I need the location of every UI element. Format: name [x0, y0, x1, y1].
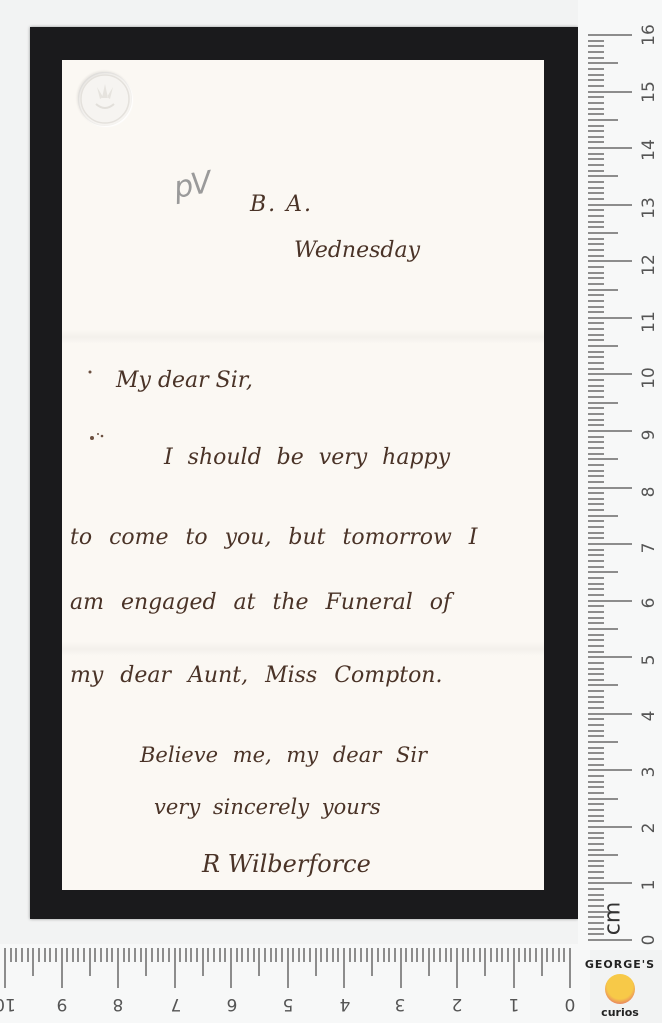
- ruler-tick: [588, 300, 604, 302]
- ruler-tick: [588, 481, 604, 483]
- ruler-tick: [588, 289, 618, 291]
- ruler-number: 16: [639, 20, 659, 50]
- ruler-unit-label: cm: [600, 902, 625, 936]
- ruler-tick: [558, 948, 560, 962]
- ruler-tick: [588, 192, 604, 194]
- ruler-tick: [588, 786, 604, 788]
- ruler-tick: [179, 948, 181, 962]
- ruler-tick: [529, 948, 531, 962]
- letter-body-line: I should be very happy: [164, 445, 450, 470]
- ruler-number: 4: [330, 994, 360, 1014]
- ruler-tick: [588, 577, 604, 579]
- ruler-tick: [588, 583, 604, 585]
- ruler-tick: [588, 634, 604, 636]
- ruler-tick: [258, 948, 260, 976]
- ruler-tick: [588, 566, 604, 568]
- ruler-tick: [202, 948, 204, 976]
- ruler-tick: [588, 713, 632, 715]
- ruler-tick: [106, 948, 108, 962]
- ruler-number: 1: [499, 994, 529, 1014]
- ruler-tick: [349, 948, 351, 962]
- ruler-tick: [588, 718, 604, 720]
- ruler-tick: [588, 509, 604, 511]
- ruler-tick: [588, 854, 618, 856]
- ruler-tick: [588, 662, 604, 664]
- ruler-tick: [588, 803, 604, 805]
- ruler-tick: [588, 153, 604, 155]
- ruler-tick: [433, 948, 435, 962]
- ruler-tick: [588, 735, 604, 737]
- ruler-tick: [513, 948, 515, 988]
- ruler-tick: [298, 948, 300, 962]
- ruler-tick: [588, 832, 604, 834]
- ruler-tick: [588, 130, 604, 132]
- ruler-tick: [588, 877, 604, 879]
- ruler-tick: [151, 948, 153, 962]
- ruler-tick: [588, 40, 604, 42]
- ruler-tick: [588, 187, 604, 189]
- ruler-tick: [588, 464, 604, 466]
- fold-crease: [62, 642, 544, 656]
- ruler-tick: [168, 948, 170, 962]
- ruler-tick: [264, 948, 266, 962]
- ruler-tick: [400, 948, 402, 988]
- ruler-tick: [546, 948, 548, 962]
- watermark-bottom-text: curios: [583, 1006, 657, 1019]
- ruler-number: 6: [639, 588, 659, 618]
- ruler-tick: [588, 175, 618, 177]
- letter-body-line: my dear Aunt, Miss Compton.: [70, 663, 442, 688]
- ruler-tick: [383, 948, 385, 962]
- ruler-tick: [275, 948, 277, 962]
- ruler-tick: [588, 549, 604, 551]
- ruler-tick: [588, 679, 604, 681]
- ruler-tick: [236, 948, 238, 962]
- ruler-number: 10: [0, 994, 20, 1014]
- ruler-tick: [588, 283, 604, 285]
- ruler-tick: [117, 948, 119, 988]
- ruler-tick: [501, 948, 503, 962]
- ruler-tick: [405, 948, 407, 962]
- ruler-number: 11: [639, 307, 659, 337]
- ruler-tick: [588, 339, 604, 341]
- ruler-tick: [588, 673, 604, 675]
- ruler-number: 10: [639, 363, 659, 393]
- ruler-tick: [588, 520, 604, 522]
- ruler-tick: [343, 948, 345, 988]
- ruler-tick: [588, 747, 604, 749]
- ruler-tick: [588, 820, 604, 822]
- ruler-tick: [588, 356, 604, 358]
- ruler-tick: [467, 948, 469, 962]
- ruler-number: 6: [217, 994, 247, 1014]
- ruler-tick: [32, 948, 34, 976]
- ruler-tick: [588, 379, 604, 381]
- ruler-tick: [588, 684, 618, 686]
- ruler-tick: [270, 948, 272, 962]
- ruler-number: 0: [555, 994, 585, 1014]
- ruler-number: 7: [161, 994, 191, 1014]
- ruler-tick: [320, 948, 322, 962]
- ruler-number: 3: [385, 994, 415, 1014]
- ruler-tick: [588, 532, 604, 534]
- ruler-tick: [496, 948, 498, 962]
- ruler-tick: [588, 204, 632, 206]
- ruler-tick: [588, 758, 604, 760]
- ruler-tick: [337, 948, 339, 962]
- ruler-number: 9: [639, 420, 659, 450]
- ruler-tick: [588, 141, 604, 143]
- ruler-tick: [416, 948, 418, 962]
- ruler-tick: [588, 741, 618, 743]
- ruler-tick: [588, 865, 604, 867]
- ruler-tick: [162, 948, 164, 962]
- ruler-tick: [588, 385, 604, 387]
- ruler-number: 8: [639, 477, 659, 507]
- ruler-number: 9: [47, 994, 77, 1014]
- ruler-tick: [588, 503, 604, 505]
- ruler-tick: [588, 158, 604, 160]
- ruler-tick: [569, 948, 571, 988]
- ruler-tick: [588, 707, 604, 709]
- ruler-tick: [484, 948, 486, 976]
- ruler-tick: [224, 948, 226, 962]
- ruler-tick: [66, 948, 68, 962]
- ruler-tick: [588, 436, 604, 438]
- ruler-tick: [196, 948, 198, 962]
- ruler-tick: [588, 594, 604, 596]
- ruler-tick: [588, 249, 604, 251]
- vertical-cm-ruler: 161514131211109876543210: [578, 0, 662, 950]
- ruler-tick: [332, 948, 334, 962]
- ruler-tick: [588, 402, 618, 404]
- ruler-number: 4: [639, 701, 659, 731]
- ruler-tick: [287, 948, 289, 988]
- ruler-tick: [185, 948, 187, 962]
- ruler-number: 0: [639, 925, 659, 955]
- ruler-number: 13: [639, 193, 659, 223]
- ruler-tick: [588, 311, 604, 313]
- ruler-tick: [588, 232, 618, 234]
- ruler-tick: [303, 948, 305, 962]
- ruler-tick: [77, 948, 79, 962]
- ruler-tick: [588, 871, 604, 873]
- letter-heading: B. A.: [250, 192, 313, 217]
- ruler-tick: [588, 537, 604, 539]
- ruler-tick: [588, 888, 604, 890]
- mascot-face-icon: [605, 974, 635, 1004]
- ruler-tick: [588, 147, 632, 149]
- ruler-tick: [27, 948, 29, 962]
- ruler-tick: [588, 255, 604, 257]
- ruler-tick: [94, 948, 96, 962]
- ruler-tick: [588, 243, 604, 245]
- ruler-tick: [588, 645, 604, 647]
- ruler-tick: [588, 470, 604, 472]
- ruler-tick: [588, 894, 604, 896]
- ruler-tick: [377, 948, 379, 962]
- ruler-tick: [247, 948, 249, 962]
- ruler-tick: [588, 62, 618, 64]
- ruler-number: 7: [639, 533, 659, 563]
- ruler-number: 3: [639, 757, 659, 787]
- ruler-tick: [490, 948, 492, 962]
- ruler-tick: [588, 334, 604, 336]
- ruler-tick: [588, 543, 632, 545]
- ruler-tick: [456, 948, 458, 988]
- ruler-tick: [111, 948, 113, 962]
- ruler-tick: [360, 948, 362, 962]
- ruler-tick: [72, 948, 74, 962]
- ruler-tick: [394, 948, 396, 962]
- ruler-tick: [422, 948, 424, 962]
- ruler-tick: [473, 948, 475, 962]
- embossed-crest-seal-icon: [78, 72, 132, 126]
- ruler-number: 12: [639, 250, 659, 280]
- horizontal-cm-ruler: 109876543210: [0, 944, 590, 1023]
- ruler-tick: [219, 948, 221, 962]
- ruler-tick: [588, 294, 604, 296]
- ruler-tick: [83, 948, 85, 962]
- ruler-number: 5: [639, 645, 659, 675]
- ruler-tick: [326, 948, 328, 962]
- letter-paper: pV B. A. Wednesday My dear Sir, I should…: [62, 60, 544, 890]
- ruler-tick: [49, 948, 51, 962]
- ruler-tick: [588, 798, 618, 800]
- ruler-tick: [123, 948, 125, 962]
- ruler-tick: [588, 266, 604, 268]
- ruler-tick: [588, 424, 604, 426]
- ruler-tick: [588, 639, 604, 641]
- ruler-tick: [588, 605, 604, 607]
- ruler-tick: [450, 948, 452, 962]
- ruler-number: 2: [639, 813, 659, 843]
- ruler-tick: [281, 948, 283, 962]
- ink-specks: [70, 370, 110, 460]
- letter-day: Wednesday: [294, 238, 420, 263]
- ruler-tick: [588, 108, 604, 110]
- ruler-tick: [518, 948, 520, 962]
- pencil-annotation: pV: [171, 165, 212, 206]
- ruler-tick: [588, 447, 604, 449]
- ruler-tick: [588, 752, 604, 754]
- ruler-tick: [588, 79, 604, 81]
- ruler-tick: [588, 560, 604, 562]
- ruler-tick: [588, 554, 604, 556]
- ruler-tick: [588, 328, 604, 330]
- ruler-tick: [552, 948, 554, 962]
- ruler-tick: [588, 198, 604, 200]
- ruler-tick: [588, 656, 632, 658]
- ruler-tick: [230, 948, 232, 988]
- ruler-tick: [588, 475, 604, 477]
- ruler-number: 8: [103, 994, 133, 1014]
- ruler-tick: [38, 948, 40, 962]
- ruler-tick: [315, 948, 317, 976]
- ruler-tick: [588, 221, 604, 223]
- ruler-tick: [588, 390, 604, 392]
- ruler-tick: [134, 948, 136, 962]
- ruler-tick: [140, 948, 142, 962]
- ruler-tick: [241, 948, 243, 962]
- ruler-tick: [190, 948, 192, 962]
- ruler-tick: [588, 413, 604, 415]
- ruler-tick: [588, 882, 632, 884]
- ruler-tick: [588, 68, 604, 70]
- ruler-tick: [366, 948, 368, 962]
- ruler-tick: [588, 170, 604, 172]
- ruler-tick: [309, 948, 311, 962]
- ruler-tick: [588, 419, 604, 421]
- ruler-tick: [588, 690, 604, 692]
- ruler-tick: [388, 948, 390, 962]
- ruler-tick: [292, 948, 294, 962]
- ruler-tick: [588, 34, 632, 36]
- ruler-tick: [89, 948, 91, 976]
- ruler-tick: [588, 51, 604, 53]
- ruler-number: 15: [639, 77, 659, 107]
- ruler-tick: [541, 948, 543, 976]
- ruler-tick: [588, 226, 604, 228]
- ruler-tick: [588, 164, 604, 166]
- ruler-tick: [588, 939, 632, 941]
- ruler-number: 5: [273, 994, 303, 1014]
- watermark-top-text: GEORGE'S: [583, 958, 657, 971]
- ruler-tick: [535, 948, 537, 962]
- ruler-tick: [588, 113, 604, 115]
- ruler-tick: [588, 849, 604, 851]
- ruler-tick: [588, 668, 604, 670]
- ruler-tick: [479, 948, 481, 962]
- ruler-tick: [128, 948, 130, 962]
- ruler-number: 1: [639, 870, 659, 900]
- ruler-tick: [588, 792, 604, 794]
- ruler-tick: [588, 181, 604, 183]
- ruler-tick: [588, 453, 604, 455]
- ruler-tick: [588, 91, 632, 93]
- ruler-tick: [588, 696, 604, 698]
- ruler-tick: [588, 215, 604, 217]
- ruler-tick: [588, 701, 604, 703]
- ruler-tick: [588, 74, 604, 76]
- letter-body-line: am engaged at the Funeral of: [70, 590, 451, 615]
- ruler-tick: [462, 948, 464, 962]
- ruler-tick: [588, 775, 604, 777]
- ruler-tick: [428, 948, 430, 976]
- ruler-tick: [588, 600, 632, 602]
- fold-crease: [62, 330, 544, 344]
- ruler-tick: [354, 948, 356, 962]
- ruler-tick: [588, 57, 604, 59]
- ruler-tick: [588, 843, 604, 845]
- ruler-tick: [588, 781, 604, 783]
- ruler-tick: [588, 498, 604, 500]
- ruler-tick: [588, 724, 604, 726]
- ruler-tick: [588, 730, 604, 732]
- ruler-tick: [588, 209, 604, 211]
- letter-salutation: My dear Sir,: [116, 368, 253, 393]
- ruler-tick: [588, 611, 604, 613]
- ruler-tick: [21, 948, 23, 962]
- ruler-tick: [15, 948, 17, 962]
- ruler-number: 2: [442, 994, 472, 1014]
- ruler-tick: [563, 948, 565, 962]
- ruler-tick: [588, 322, 604, 324]
- ruler-tick: [588, 492, 604, 494]
- ruler-tick: [588, 860, 604, 862]
- ruler-tick: [588, 373, 632, 375]
- ruler-tick: [588, 85, 604, 87]
- ruler-tick: [588, 826, 632, 828]
- ruler-tick: [207, 948, 209, 962]
- ruler-tick: [588, 441, 604, 443]
- ruler-tick: [588, 617, 604, 619]
- ruler-tick: [588, 526, 604, 528]
- ruler-tick: [174, 948, 176, 988]
- ruler-tick: [55, 948, 57, 962]
- ruler-tick: [588, 102, 604, 104]
- ruler-tick: [588, 769, 632, 771]
- ruler-tick: [588, 272, 604, 274]
- ruler-tick: [588, 430, 632, 432]
- ruler-tick: [588, 396, 604, 398]
- ruler-tick: [588, 119, 618, 121]
- ruler-tick: [588, 306, 604, 308]
- ruler-tick: [145, 948, 147, 976]
- ruler-tick: [588, 588, 604, 590]
- ruler-tick: [10, 948, 12, 962]
- ruler-tick: [588, 622, 604, 624]
- ruler-tick: [588, 277, 604, 279]
- ruler-tick: [44, 948, 46, 962]
- ruler-tick: [588, 125, 604, 127]
- ruler-tick: [439, 948, 441, 962]
- ruler-tick: [445, 948, 447, 962]
- ruler-tick: [588, 317, 632, 319]
- ruler-tick: [588, 815, 604, 817]
- ruler-number: 14: [639, 135, 659, 165]
- ruler-tick: [588, 260, 632, 262]
- ruler-tick: [411, 948, 413, 962]
- letter-closing-line: Believe me, my dear Sir: [140, 743, 427, 767]
- letter-closing-line: very sincerely yours: [154, 795, 381, 819]
- ruler-tick: [588, 458, 618, 460]
- ruler-tick: [507, 948, 509, 962]
- ruler-tick: [588, 764, 604, 766]
- ruler-tick: [588, 45, 604, 47]
- ruler-tick: [157, 948, 159, 962]
- ruler-tick: [253, 948, 255, 962]
- ruler-tick: [588, 515, 618, 517]
- ruler-tick: [588, 809, 604, 811]
- letter-signature: R Wilberforce: [202, 850, 371, 878]
- ruler-tick: [100, 948, 102, 962]
- georges-curios-watermark-logo: GEORGE'S curios: [583, 958, 657, 1022]
- ruler-tick: [371, 948, 373, 976]
- ruler-tick: [588, 487, 632, 489]
- ruler-tick: [524, 948, 526, 962]
- ruler-tick: [588, 136, 604, 138]
- ruler-tick: [588, 407, 604, 409]
- ruler-tick: [61, 948, 63, 988]
- ruler-tick: [588, 368, 604, 370]
- ruler-tick: [588, 238, 604, 240]
- ruler-tick: [588, 351, 604, 353]
- ruler-tick: [588, 571, 618, 573]
- ruler-tick: [588, 345, 618, 347]
- ruler-tick: [588, 628, 618, 630]
- ruler-tick: [588, 96, 604, 98]
